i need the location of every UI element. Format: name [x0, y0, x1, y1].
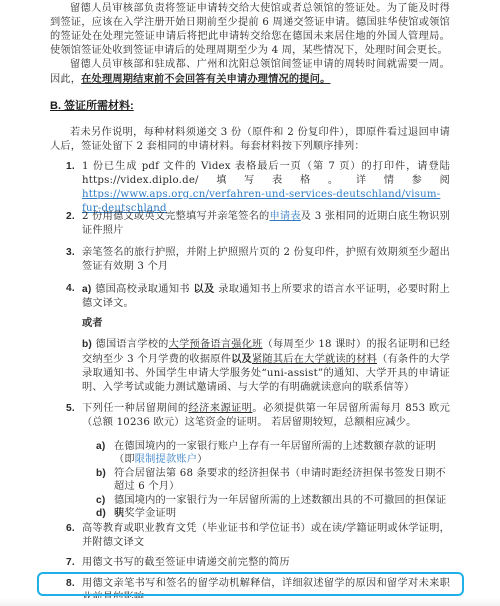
item-4b-bold: 以及 — [231, 353, 252, 365]
item-5-underline: 经济来源证明 — [189, 403, 253, 414]
section-b-heading: B. 签证所需材料: — [50, 97, 134, 113]
list-item-6: 6. 高等教育或职业教育文凭（毕业证书和学位证书）或在读/学籍证明或休学证明，并… — [66, 522, 450, 550]
item-number: 6. — [66, 522, 80, 536]
item-text: 2 份用德文或英文完整填写并亲笔签名的申请表及 3 张相同的近期白底生物识别证件… — [82, 210, 450, 238]
sub-item-label: a) — [96, 440, 105, 453]
item-4a-text-1: 德国高校录取通知书 — [95, 284, 193, 295]
item-2-text-a: 2 份用德文或英文完整填写并亲笔签名的 — [82, 211, 269, 222]
item-4b-underline-2: 紧随其后在大学就读的材料 — [252, 354, 377, 365]
item-text: 1 份已生成 pdf 文件的 Videx 表格最后一页（第 7 页）的打印件，请… — [82, 160, 450, 216]
document-page: 留德人员审核部负责将签证申请转交给大使馆或者总领馆的签证处。为了能及时得到签证，… — [0, 0, 500, 606]
list-item-2: 2. 2 份用德文或英文完整填写并亲笔签名的申请表及 3 张相同的近期白底生物识… — [66, 210, 450, 238]
item-number: 4. — [66, 282, 80, 296]
list-item-4b: b) 德国语言学校的大学预备语言强化班（每周至少 18 课时）的报名证明和已经交… — [66, 338, 450, 395]
or-separator: 或者 — [66, 316, 450, 330]
option-a-label: a) — [82, 284, 91, 295]
bottom-fade — [0, 598, 500, 606]
item-number: 2. — [66, 210, 80, 224]
sub-item-label: b) — [96, 467, 106, 480]
highlight-box — [37, 572, 464, 596]
list-item-1: 1. 1 份已生成 pdf 文件的 Videx 表格最后一页（第 7 页）的打印… — [66, 160, 450, 216]
item-text: 亲笔签名的旅行护照，并附上护照照片页的 2 份复印件，护照有效期须至少超出签证有… — [82, 246, 450, 274]
list-item-7: 7. 用德文书写的截至签证申请递交前完整的简历 — [66, 556, 450, 570]
item-text: 高等教育或职业教育文凭（毕业证书和学位证书）或在读/学籍证明或休学证明，并附德文… — [82, 522, 450, 550]
intro-paragraph-2: 留德人员审核部和驻成都、广州和沈阳总领馆间签证申请的周转时间就需要一周。因此，在… — [50, 58, 450, 87]
option-b-label: b) — [82, 339, 92, 350]
sub-item-label: d) — [96, 507, 106, 520]
intro-paragraph-1: 留德人员审核部负责将签证申请转交给大使馆或者总领馆的签证处。为了能及时得到签证，… — [50, 2, 450, 58]
sub-item-5b: b) 符合居留法第 68 条要求的经济担保书（申请时距经济担保书签发日期不超过 … — [96, 467, 450, 493]
sub-item-text: 在德国境内的一家银行账户上存有一年居留所需的上述数额存款的证明（即限制提款账户） — [114, 440, 450, 466]
sub-item-5a: a) 在德国境内的一家银行账户上存有一年居留所需的上述数额存款的证明（即限制提款… — [96, 440, 450, 466]
blocked-account-link[interactable]: 限制提款账户 — [135, 454, 197, 465]
sub-item-text: 符合居留法第 68 条要求的经济担保书（申请时距经济担保书签发日期不超过 6 个… — [114, 467, 450, 493]
item-number: 5. — [66, 402, 80, 416]
list-item-3: 3. 亲笔签名的旅行护照，并附上护照照片页的 2 份复印件，护照有效期须至少超出… — [66, 246, 450, 274]
item-number: 3. — [66, 246, 80, 260]
sub-item-text: 获奖学金证明 — [114, 507, 450, 520]
intro-paragraph-2-emphasis: 在处理周期结束前不会回答有关申请办理情况的提问。 — [81, 73, 330, 85]
section-b-intro: 若未另作说明，每种材料须递交 3 份（原件和 2 份复印件），即原件看过退回申请… — [50, 126, 450, 154]
item-4a-text: a) 德国高校录取通知书 以及 录取通知书上所要求的语言水平证明，必要时附上德文… — [82, 282, 450, 311]
item-4b-underline-1: 大学预备语言强化班 — [169, 339, 263, 350]
or-label: 或者 — [82, 316, 450, 330]
sub-item-5d: d) 获奖学金证明 — [96, 507, 450, 520]
item-4b-text-1: 德国语言学校的 — [96, 339, 169, 350]
item-text: 下列任一种居留期间的经济来源证明。必须提供第一年居留所需每月 853 欧元（总额… — [82, 402, 450, 430]
item-1-text: 1 份已生成 pdf 文件的 Videx 表格最后一页（第 7 页）的打印件，请… — [82, 161, 450, 186]
item-number: 1. — [66, 160, 80, 174]
item-number: 7. — [66, 556, 80, 570]
item-5-text-a: 下列任一种居留期间的 — [82, 403, 189, 414]
list-item-4: 4. a) 德国高校录取通知书 以及 录取通知书上所要求的语言水平证明，必要时附… — [66, 282, 450, 311]
list-item-5: 5. 下列任一种居留期间的经济来源证明。必须提供第一年居留所需每月 853 欧元… — [66, 402, 450, 430]
sub-item-5a-text-end: ） — [197, 454, 207, 465]
sub-item-label: c) — [96, 494, 105, 507]
item-4b-text: b) 德国语言学校的大学预备语言强化班（每周至少 18 课时）的报名证明和已经交… — [82, 338, 450, 395]
application-form-link[interactable]: 申请表 — [269, 211, 300, 222]
item-text: 用德文书写的截至签证申请递交前完整的简历 — [82, 556, 450, 570]
item-4a-bold: 以及 — [194, 283, 215, 295]
